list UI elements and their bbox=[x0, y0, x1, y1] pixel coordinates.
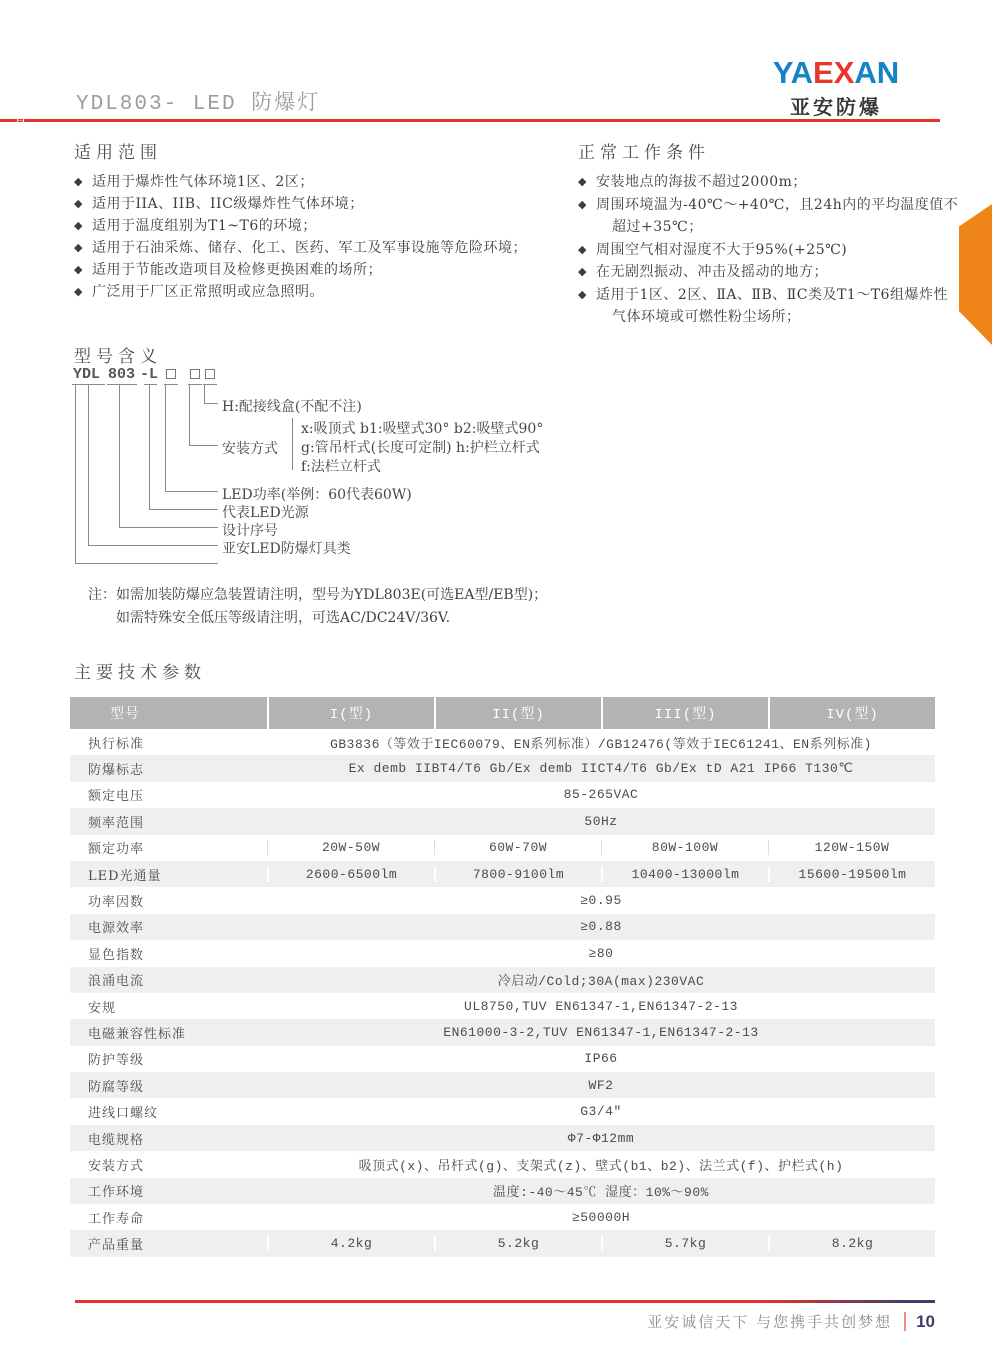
model-code-dash: - bbox=[140, 366, 149, 383]
table-cell-span: EN61000-3-2,TUV EN61347-1,EN61347-2-13 bbox=[267, 1025, 935, 1040]
table-row-label: 电磁兼容性标准 bbox=[70, 1023, 267, 1042]
diagram-line bbox=[149, 385, 150, 509]
diagram-line bbox=[204, 403, 218, 404]
table-row: LED光通量2600-6500lm7800-9100lm10400-13000l… bbox=[70, 861, 935, 887]
bullet-text: 适用于石油采炼、储存、化工、医药、军工及军事设施等危险环境； bbox=[92, 237, 527, 259]
table-row-label: 防护等级 bbox=[70, 1049, 267, 1068]
table-row-label: 浪涌电流 bbox=[70, 970, 267, 989]
bullet-line: ◆适用于石油采炼、储存、化工、医药、军工及军事设施等危险环境； bbox=[74, 237, 554, 259]
diagram-line bbox=[75, 563, 218, 564]
model-label-source: 代表LED光源 bbox=[222, 502, 309, 522]
page-number: 10 bbox=[916, 1312, 935, 1332]
table-row: 安规UL8750,TUV EN61347-1,EN61347-2-13 bbox=[70, 993, 935, 1019]
logo-part-ya: YA bbox=[773, 55, 813, 90]
table-row-label: 电源效率 bbox=[70, 917, 267, 936]
section-title-model: 型号含义 bbox=[74, 342, 162, 367]
diagram-line bbox=[204, 385, 205, 403]
model-code-box bbox=[166, 369, 176, 379]
table-cell-span: IP66 bbox=[267, 1051, 935, 1066]
table-cell-span: ≥0.88 bbox=[267, 919, 935, 934]
diamond-bullet-icon: ◆ bbox=[74, 281, 92, 303]
table-cell: 5.7kg bbox=[601, 1236, 768, 1251]
table-cell-span: 50Hz bbox=[267, 814, 935, 829]
footer-rule bbox=[75, 1300, 935, 1303]
logo-part-ex: EX bbox=[813, 55, 854, 90]
bullet-line: 超过+35℃； bbox=[578, 216, 998, 239]
install-option-line1: x:吸顶式 b1:吸壁式30° b2:吸壁式90° bbox=[301, 418, 543, 438]
bullet-text: 安装地点的海拔不超过2000m； bbox=[596, 171, 807, 194]
table-header-type4: IV(型) bbox=[768, 697, 935, 729]
diagram-bracket bbox=[292, 418, 293, 470]
table-cell-span: UL8750,TUV EN61347-1,EN61347-2-13 bbox=[267, 999, 935, 1014]
diagram-line bbox=[165, 385, 166, 491]
table-row-label: 安装方式 bbox=[70, 1155, 267, 1174]
table-cell-span: ≥80 bbox=[267, 946, 935, 961]
table-cell: 4.2kg bbox=[267, 1236, 434, 1251]
footer-divider bbox=[904, 1312, 906, 1331]
diamond-bullet-icon: ◆ bbox=[578, 171, 596, 194]
table-cell: 60W-70W bbox=[434, 840, 601, 855]
table-row-label: 进线口螺纹 bbox=[70, 1102, 267, 1121]
table-cell: 15600-19500lm bbox=[768, 867, 935, 882]
diagram-line bbox=[88, 385, 89, 545]
table-cell: 2600-6500lm bbox=[267, 867, 434, 882]
table-cell-span: Φ7-Φ12mm bbox=[267, 1131, 935, 1146]
diamond-bullet-icon: ◆ bbox=[578, 239, 596, 262]
brand-logo-text: YAEXAN bbox=[762, 57, 910, 90]
table-cell-span: 85-265VAC bbox=[267, 787, 935, 802]
table-header-type2: II(型) bbox=[434, 697, 601, 729]
diagram-line bbox=[119, 527, 218, 528]
diamond-bullet-icon bbox=[594, 306, 612, 329]
model-code-prefix: YDL bbox=[73, 366, 100, 383]
table-header-row: 型号 I(型) II(型) III(型) IV(型) bbox=[70, 697, 935, 729]
bullet-text: 周围环境温为-40℃～+40℃，且24h内的平均温度值不 bbox=[596, 194, 958, 217]
logo-part-an: AN bbox=[854, 55, 899, 90]
model-code-series: 803 bbox=[108, 366, 135, 383]
table-row-label: 功率因数 bbox=[70, 891, 267, 910]
table-row-label: 工作环境 bbox=[70, 1181, 267, 1200]
bullet-text: 适用于爆炸性气体环境1区、2区； bbox=[92, 171, 314, 193]
diagram-line bbox=[188, 384, 202, 385]
model-label-serial: 设计序号 bbox=[222, 520, 278, 540]
table-body: 执行标准GB3836（等效于IEC60079、EN系列标准）/GB12476(等… bbox=[70, 729, 935, 1257]
bullet-line: ◆适用于1区、2区、ⅡA、ⅡB、ⅡC类及T1～T6组爆炸性 bbox=[578, 284, 998, 307]
table-row: 工作寿命≥50000H bbox=[70, 1204, 935, 1230]
table-cell-span: GB3836（等效于IEC60079、EN系列标准）/GB12476(等效于IE… bbox=[267, 733, 935, 752]
table-row: 功率因数≥0.95 bbox=[70, 887, 935, 913]
table-row: 防腐等级WF2 bbox=[70, 1072, 935, 1098]
model-label-category: 亚安LED防爆灯具类 bbox=[222, 538, 351, 558]
model-code-diagram: YDL 803 - L H:配接线盒(不配不注) 安装方式 x: bbox=[70, 366, 690, 578]
table-row: 额定电压85-265VAC bbox=[70, 782, 935, 808]
section-title-scope: 适用范围 bbox=[74, 138, 162, 163]
bullet-text: 在无剧烈振动、冲击及摇动的地方； bbox=[596, 261, 828, 284]
table-row: 安装方式吸顶式(x)、吊杆式(g)、支架式(z)、壁式(b1、b2)、法兰式(f… bbox=[70, 1151, 935, 1177]
diagram-line bbox=[165, 491, 218, 492]
diagram-line bbox=[144, 384, 157, 385]
model-code-box bbox=[205, 369, 215, 379]
scope-bullet-list: ◆适用于爆炸性气体环境1区、2区；◆适用于IIA、IIB、IIC级爆炸性气体环境… bbox=[74, 171, 554, 303]
model-label-power: LED功率(举例：60代表60W) bbox=[222, 484, 412, 504]
bullet-line: ◆适用于温度组别为T1~T6的环境； bbox=[74, 215, 554, 237]
bullet-line: ◆适用于爆炸性气体环境1区、2区； bbox=[74, 171, 554, 193]
model-note-line1: 注：如需加装防爆应急装置请注明，型号为YDL803E(可选EA型/EB型)； bbox=[88, 584, 547, 607]
header-rule bbox=[0, 119, 940, 122]
diamond-bullet-icon: ◆ bbox=[578, 261, 596, 284]
table-cell: 7800-9100lm bbox=[434, 867, 601, 882]
table-row-label: 额定功率 bbox=[70, 838, 267, 857]
model-label-install: 安装方式 bbox=[222, 438, 278, 458]
bullet-text: 适用于节能改造项目及检修更换困难的场所； bbox=[92, 259, 382, 281]
brand-logo-subtitle: 亚安防爆 bbox=[762, 91, 910, 120]
bullet-text: 适用于IIA、IIB、IIC级爆炸性气体环境； bbox=[92, 193, 364, 215]
table-cell-span: WF2 bbox=[267, 1078, 935, 1093]
bullet-line: ◆在无剧烈振动、冲击及摇动的地方； bbox=[578, 261, 998, 284]
table-cell-span: 温度:-40～45℃ 湿度：10%～90% bbox=[267, 1181, 935, 1200]
table-row-label: 防腐等级 bbox=[70, 1076, 267, 1095]
diamond-bullet-icon: ◆ bbox=[74, 193, 92, 215]
diamond-bullet-icon: ◆ bbox=[578, 194, 596, 217]
diagram-line bbox=[88, 545, 218, 546]
bullet-text: 广泛用于厂区正常照明或应急照明。 bbox=[92, 281, 324, 303]
bullet-line: 气体环境或可燃性粉尘场所； bbox=[578, 306, 998, 329]
table-row-label: 安规 bbox=[70, 997, 267, 1016]
table-row: 电缆规格Φ7-Φ12mm bbox=[70, 1125, 935, 1151]
category-ribbon-label: LED防爆灯具类 bbox=[9, 26, 28, 152]
table-row: 进线口螺纹G3/4″ bbox=[70, 1098, 935, 1124]
table-cell: 120W-150W bbox=[768, 840, 935, 855]
section-title-params: 主要技术参数 bbox=[74, 658, 206, 683]
model-label-junction-box: H:配接线盒(不配不注) bbox=[222, 396, 362, 416]
diamond-bullet-icon: ◆ bbox=[74, 171, 92, 193]
install-option-line3: f:法栏立杆式 bbox=[301, 456, 381, 476]
diamond-bullet-icon: ◆ bbox=[578, 284, 596, 307]
table-header-type3: III(型) bbox=[601, 697, 768, 729]
bullet-text: 气体环境或可燃性粉尘场所； bbox=[612, 306, 801, 329]
model-code-led: L bbox=[149, 366, 158, 383]
model-code-box bbox=[190, 369, 200, 379]
model-note-line2: 如需特殊安全低压等级请注明，可选AC/DC24V/36V. bbox=[88, 607, 547, 630]
table-row: 防护等级IP66 bbox=[70, 1046, 935, 1072]
page-title: YDL803- LED 防爆灯 bbox=[76, 86, 320, 116]
diamond-bullet-icon: ◆ bbox=[74, 215, 92, 237]
table-row-label: LED光通量 bbox=[70, 865, 267, 884]
table-cell: 20W-50W bbox=[267, 840, 434, 855]
spec-sheet-page: YDL803- LED 防爆灯 YAEXAN 亚安防爆 LED防爆灯具类 适用范… bbox=[0, 0, 1000, 1366]
section-title-conditions: 正常工作条件 bbox=[578, 138, 710, 163]
table-cell-span: Ex demb IIBT4/T6 Gb/Ex demb IICT4/T6 Gb/… bbox=[267, 761, 935, 776]
table-row-label: 产品重量 bbox=[70, 1234, 267, 1253]
table-row: 产品重量4.2kg5.2kg5.7kg8.2kg bbox=[70, 1230, 935, 1256]
table-row-label: 显色指数 bbox=[70, 944, 267, 963]
table-cell-span: ≥0.95 bbox=[267, 893, 935, 908]
table-row-label: 额定电压 bbox=[70, 785, 267, 804]
bullet-text: 周围空气相对湿度不大于95%(+25℃) bbox=[596, 239, 847, 262]
diagram-line bbox=[107, 384, 137, 385]
brand-logo: YAEXAN 亚安防爆 bbox=[762, 57, 910, 120]
table-row: 频率范围50Hz bbox=[70, 808, 935, 834]
bullet-line: ◆适用于节能改造项目及检修更换困难的场所； bbox=[74, 259, 554, 281]
table-row-label: 防爆标志 bbox=[70, 759, 267, 778]
bullet-line: ◆广泛用于厂区正常照明或应急照明。 bbox=[74, 281, 554, 303]
bullet-line: ◆适用于IIA、IIB、IIC级爆炸性气体环境； bbox=[74, 193, 554, 215]
table-header-model: 型号 bbox=[70, 697, 267, 729]
bullet-line: ◆周围环境温为-40℃～+40℃，且24h内的平均温度值不 bbox=[578, 194, 998, 217]
table-cell-span: ≥50000H bbox=[267, 1210, 935, 1225]
params-table: 型号 I(型) II(型) III(型) IV(型) 执行标准GB3836（等效… bbox=[70, 697, 935, 1257]
bullet-text: 适用于温度组别为T1~T6的环境； bbox=[92, 215, 317, 237]
table-cell: 5.2kg bbox=[434, 1236, 601, 1251]
diagram-line bbox=[164, 384, 178, 385]
bullet-line: ◆周围空气相对湿度不大于95%(+25℃) bbox=[578, 239, 998, 262]
table-cell-span: 冷启动/Cold;30A(max)230VAC bbox=[267, 970, 935, 989]
bullet-line: ◆安装地点的海拔不超过2000m； bbox=[578, 171, 998, 194]
install-option-line2: g:管吊杆式(长度可定制) h:护栏立杆式 bbox=[301, 437, 540, 457]
diamond-bullet-icon: ◆ bbox=[74, 237, 92, 259]
table-cell-span: G3/4″ bbox=[267, 1104, 935, 1119]
table-cell: 80W-100W bbox=[601, 840, 768, 855]
bullet-text: 适用于1区、2区、ⅡA、ⅡB、ⅡC类及T1～T6组爆炸性 bbox=[596, 284, 948, 307]
diagram-line bbox=[189, 385, 190, 445]
table-row-label: 执行标准 bbox=[70, 733, 267, 752]
table-header-type1: I(型) bbox=[267, 697, 434, 729]
table-row: 工作环境温度:-40～45℃ 湿度：10%～90% bbox=[70, 1178, 935, 1204]
table-row: 显色指数≥80 bbox=[70, 940, 935, 966]
footer: 亚安诚信天下 与您携手共创梦想 10 bbox=[647, 1311, 935, 1332]
table-row: 执行标准GB3836（等效于IEC60079、EN系列标准）/GB12476(等… bbox=[70, 729, 935, 755]
table-row: 浪涌电流冷启动/Cold;30A(max)230VAC bbox=[70, 967, 935, 993]
table-cell: 10400-13000lm bbox=[601, 867, 768, 882]
table-row: 防爆标志Ex demb IIBT4/T6 Gb/Ex demb IICT4/T6… bbox=[70, 755, 935, 781]
table-row-label: 电缆规格 bbox=[70, 1129, 267, 1148]
table-row: 电磁兼容性标准EN61000-3-2,TUV EN61347-1,EN61347… bbox=[70, 1019, 935, 1045]
model-note: 注：如需加装防爆应急装置请注明，型号为YDL803E(可选EA型/EB型)； 如… bbox=[88, 584, 547, 630]
diagram-line bbox=[75, 385, 76, 563]
diagram-line bbox=[119, 385, 120, 527]
table-cell: 8.2kg bbox=[768, 1236, 935, 1251]
table-row-label: 工作寿命 bbox=[70, 1208, 267, 1227]
table-row: 电源效率≥0.88 bbox=[70, 914, 935, 940]
table-cell-span: 吸顶式(x)、吊杆式(g)、支架式(z)、壁式(b1、b2)、法兰式(f)、护栏… bbox=[267, 1155, 935, 1174]
diamond-bullet-icon: ◆ bbox=[74, 259, 92, 281]
diagram-line bbox=[203, 384, 217, 385]
diagram-line bbox=[189, 445, 218, 446]
bullet-text: 超过+35℃； bbox=[612, 216, 703, 239]
footer-slogan: 亚安诚信天下 与您携手共创梦想 bbox=[647, 1311, 892, 1332]
table-row: 额定功率20W-50W60W-70W80W-100W120W-150W bbox=[70, 835, 935, 861]
diamond-bullet-icon bbox=[594, 216, 612, 239]
conditions-bullet-list: ◆安装地点的海拔不超过2000m；◆周围环境温为-40℃～+40℃，且24h内的… bbox=[578, 171, 998, 329]
table-row-label: 频率范围 bbox=[70, 812, 267, 831]
diagram-line bbox=[149, 509, 218, 510]
